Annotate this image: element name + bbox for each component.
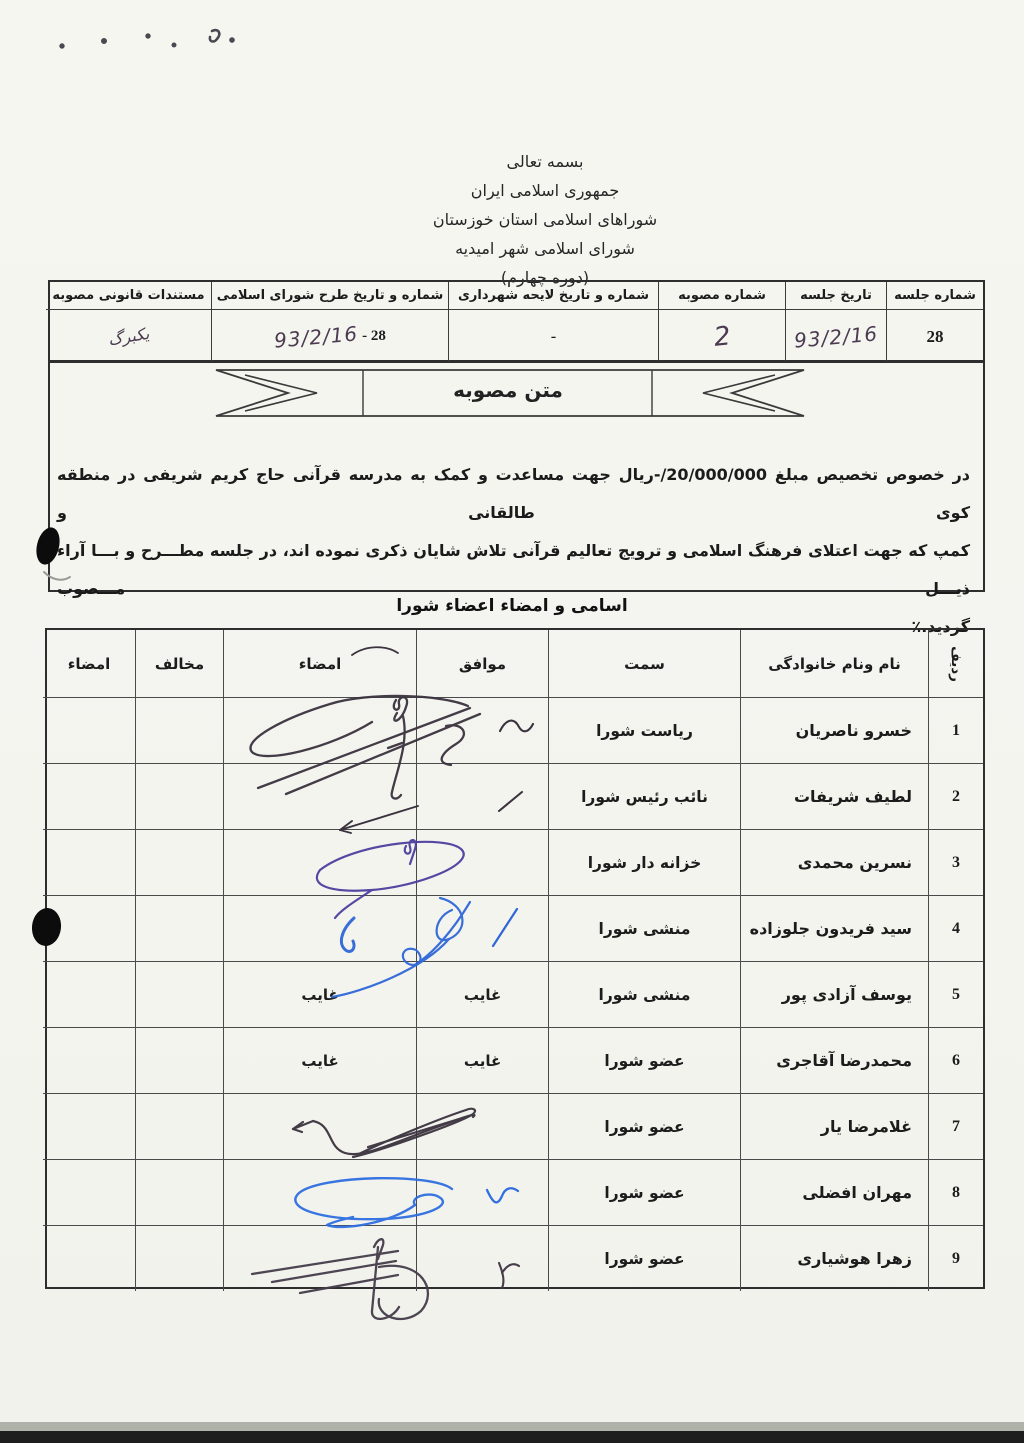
- resolution-text: در خصوص تخصیص مبلغ -/20/000/000ریال جهت …: [57, 456, 970, 646]
- vote-agree-cell-row-2: [416, 763, 548, 829]
- header-session-no: شماره جلسه: [886, 282, 983, 309]
- col-header-row-no: ردیف: [928, 630, 983, 697]
- member-position-cell-row-1: ریاست شورا: [548, 697, 740, 763]
- signature-cell-row-7: [223, 1093, 416, 1159]
- signature2-cell-row-6: [43, 1027, 135, 1093]
- vote-disagree-cell-row-3: [135, 829, 223, 895]
- members-section-title: اسامی و امضاء اعضاء شورا: [262, 596, 762, 616]
- scan-edge-black-strip: [0, 1431, 1024, 1443]
- vote-agree-cell-row-9: [416, 1225, 548, 1291]
- vote-agree-cell-row-5: غایب: [416, 961, 548, 1027]
- vote-disagree-cell-row-1: [135, 697, 223, 763]
- signature2-cell-row-2: [43, 763, 135, 829]
- vote-disagree-cell-row-7: [135, 1093, 223, 1159]
- row-number-cell-row-6: 6: [928, 1027, 983, 1093]
- letterhead-line-city-council: شورای اسلامی شهر امیدیه: [345, 234, 745, 263]
- member-position-cell-row-6: عضو شورا: [548, 1027, 740, 1093]
- col-header-disagree: مخالف: [135, 630, 223, 697]
- scan-ink-specks: [61, 30, 234, 47]
- signature-cell-row-4: [223, 895, 416, 961]
- value-session-no: 28: [927, 327, 944, 347]
- member-position-cell-row-9: عضو شورا: [548, 1225, 740, 1291]
- col-header-full-name: نام ونام خانوادگی: [740, 630, 928, 697]
- member-name-cell-row-5: یوسف آزادی پور: [740, 961, 928, 1027]
- header-council-plan: شماره و تاریخ طرح شورای اسلامی: [211, 282, 448, 309]
- scanned-council-resolution-page: بسمه تعالی جمهوری اسلامی ایران شوراهای ا…: [0, 0, 1024, 1443]
- col-header-signature2: امضاء: [43, 630, 135, 697]
- scan-edge-gray-strip: [0, 1422, 1024, 1431]
- signature-cell-row-9: [223, 1225, 416, 1291]
- vote-agree-cell-row-4: [416, 895, 548, 961]
- signature2-cell-row-8: [43, 1159, 135, 1225]
- signature2-cell-row-9: [43, 1225, 135, 1291]
- member-name-cell-row-4: سید فریدون جلوزاده: [740, 895, 928, 961]
- value-council-plan-date-handwritten: 93/2/16: [273, 321, 359, 352]
- letterhead: بسمه تعالی جمهوری اسلامی ایران شوراهای ا…: [345, 147, 745, 292]
- col-header-agree: موافق: [416, 630, 548, 697]
- members-signature-table: ردیف نام ونام خانوادگی سمت موافق امضاء م…: [45, 628, 985, 1289]
- vote-agree-cell-row-1: [416, 697, 548, 763]
- value-municipal-bill: -: [551, 327, 557, 346]
- vote-agree-cell-row-7: [416, 1093, 548, 1159]
- vote-disagree-cell-row-4: [135, 895, 223, 961]
- resolution-line-1: در خصوص تخصیص مبلغ -/20/000/000ریال جهت …: [57, 456, 970, 532]
- resolution-info-table: شماره جلسه تاریخ جلسه شماره مصوبه شماره …: [48, 280, 985, 362]
- header-municipal-bill: شماره و تاریخ لایحه شهرداری: [448, 282, 658, 309]
- letterhead-line-bismillah: بسمه تعالی: [345, 147, 745, 176]
- signature-cell-row-1: [223, 697, 416, 763]
- vote-disagree-cell-row-8: [135, 1159, 223, 1225]
- value-council-plan-no: - 28: [362, 328, 386, 345]
- member-position-cell-row-4: منشی شورا: [548, 895, 740, 961]
- col-header-signature: امضاء: [223, 630, 416, 697]
- value-session-date-handwritten: 93/2/16: [793, 321, 879, 352]
- vote-agree-cell-row-6: غایب: [416, 1027, 548, 1093]
- signature-cell-row-6: غایب: [223, 1027, 416, 1093]
- vote-agree-cell-row-8: [416, 1159, 548, 1225]
- row-number-cell-row-3: 3: [928, 829, 983, 895]
- signature-cell-row-3: [223, 829, 416, 895]
- member-position-cell-row-5: منشی شورا: [548, 961, 740, 1027]
- value-resolution-no-handwritten: 2: [712, 321, 732, 353]
- value-legal-docs-handwritten: یکبرگ: [107, 324, 151, 349]
- row-number-cell-row-5: 5: [928, 961, 983, 1027]
- row-number-cell-row-2: 2: [928, 763, 983, 829]
- signature2-cell-row-3: [43, 829, 135, 895]
- vote-disagree-cell-row-5: [135, 961, 223, 1027]
- signature-cell-row-5: غایب: [223, 961, 416, 1027]
- signature-cell-row-8: [223, 1159, 416, 1225]
- signature-cell-row-2: [223, 763, 416, 829]
- row-number-cell-row-7: 7: [928, 1093, 983, 1159]
- letterhead-line-republic: جمهوری اسلامی ایران: [345, 176, 745, 205]
- member-name-cell-row-6: محمدرضا آقاجری: [740, 1027, 928, 1093]
- vote-disagree-cell-row-6: [135, 1027, 223, 1093]
- header-legal-docs: مستندات قانونی مصوبه: [46, 282, 211, 309]
- row-number-cell-row-1: 1: [928, 697, 983, 763]
- letterhead-line-province-councils: شوراهای اسلامی استان خوزستان: [345, 205, 745, 234]
- member-position-cell-row-8: عضو شورا: [548, 1159, 740, 1225]
- row-number-cell-row-8: 8: [928, 1159, 983, 1225]
- member-name-cell-row-3: نسرین محمدی: [740, 829, 928, 895]
- member-name-cell-row-1: خسرو ناصریان: [740, 697, 928, 763]
- member-name-cell-row-8: مهران افضلی: [740, 1159, 928, 1225]
- member-name-cell-row-7: غلامرضا یار: [740, 1093, 928, 1159]
- vote-disagree-cell-row-9: [135, 1225, 223, 1291]
- ribbon-title: متن مصوبه: [413, 378, 603, 402]
- signature2-cell-row-1: [43, 697, 135, 763]
- vote-disagree-cell-row-2: [135, 763, 223, 829]
- row-number-cell-row-4: 4: [928, 895, 983, 961]
- signature2-cell-row-7: [43, 1093, 135, 1159]
- member-name-cell-row-9: زهرا هوشیاری: [740, 1225, 928, 1291]
- signature2-cell-row-5: [43, 961, 135, 1027]
- col-header-position: سمت: [548, 630, 740, 697]
- header-session-date: تاریخ جلسه: [785, 282, 886, 309]
- row-number-cell-row-9: 9: [928, 1225, 983, 1291]
- member-position-cell-row-3: خزانه دار شورا: [548, 829, 740, 895]
- member-position-cell-row-2: نائب رئیس شورا: [548, 763, 740, 829]
- vote-agree-cell-row-3: [416, 829, 548, 895]
- header-resolution-no: شماره مصوبه: [658, 282, 785, 309]
- member-name-cell-row-2: لطیف شریفات: [740, 763, 928, 829]
- amount-rials: -/20/000/000: [654, 465, 767, 484]
- member-position-cell-row-7: عضو شورا: [548, 1093, 740, 1159]
